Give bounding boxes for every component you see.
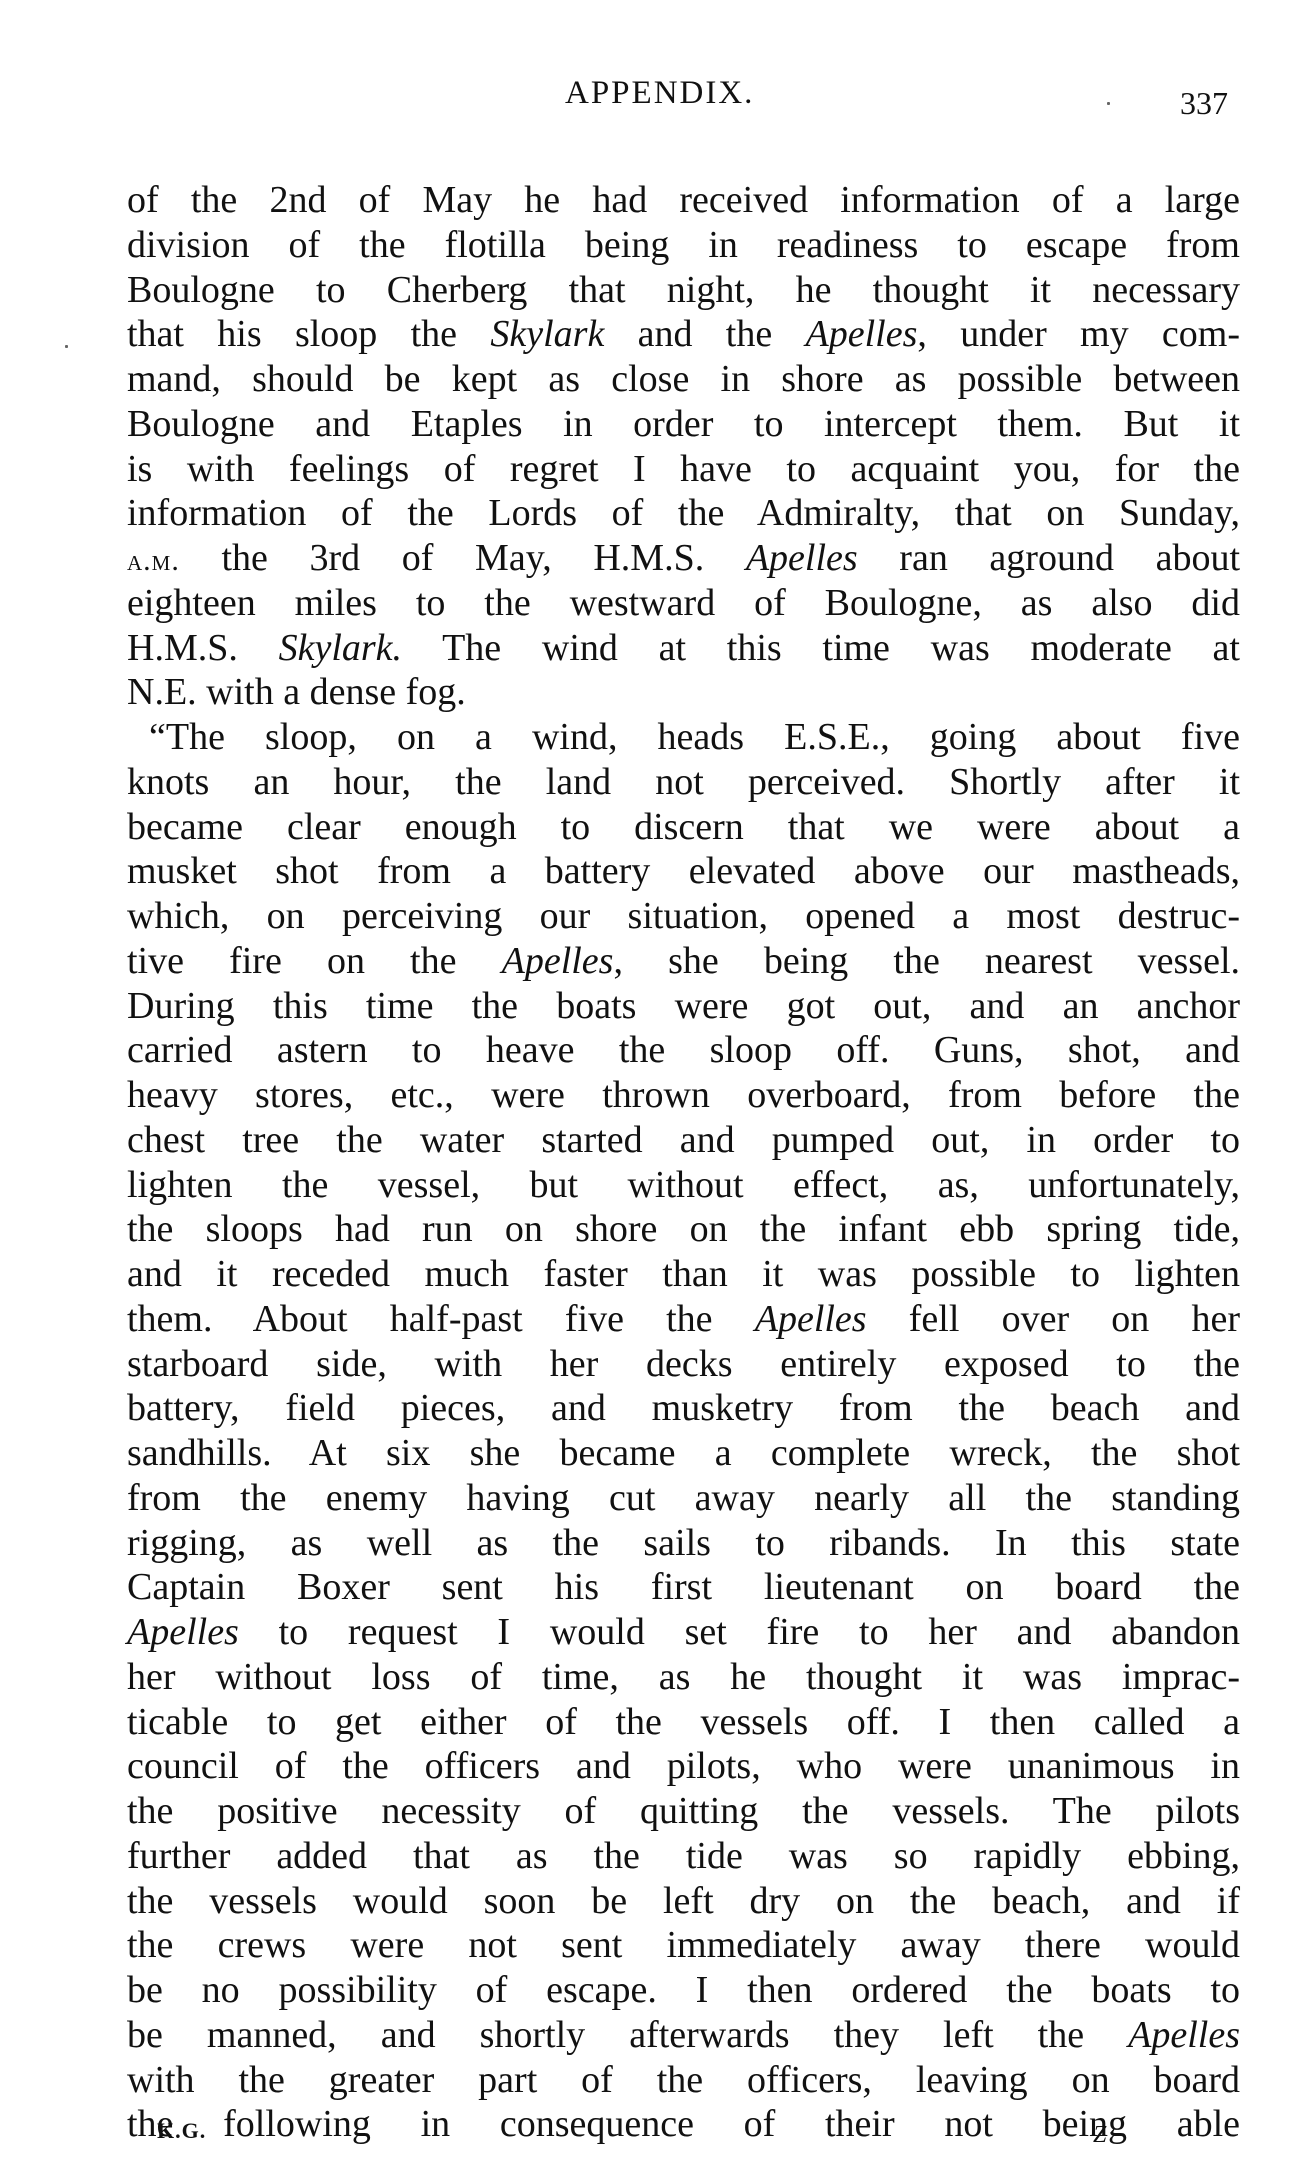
text-segment: her without loss of time, as he thought …	[127, 1656, 1240, 1698]
text-segment: N.E. with a dense fog.	[127, 671, 466, 713]
text-segment: , under my com-	[917, 313, 1240, 355]
small-caps-text: a.m.	[127, 544, 180, 577]
running-head: APPENDIX. 337	[0, 68, 1302, 118]
text-line: N.E. with a dense fog.	[127, 670, 1240, 715]
text-line: council of the officers and pilots, who …	[127, 1744, 1240, 1789]
text-line: lighten the vessel, but without effect, …	[127, 1163, 1240, 1208]
text-line: During this time the boats were got out,…	[127, 984, 1240, 1029]
text-segment: Captain Boxer sent his first lieutenant …	[127, 1566, 1240, 1608]
text-line: with the greater part of the officers, l…	[127, 2058, 1240, 2103]
text-line: a.m. the 3rd of May, H.M.S. Apelles ran …	[127, 536, 1240, 581]
text-segment: During this time the boats were got out,…	[127, 985, 1240, 1027]
text-segment: musket shot from a battery elevated abov…	[127, 850, 1240, 892]
italic-ship-name: Apelles	[806, 313, 918, 355]
text-segment: , she being the nearest vessel.	[613, 940, 1240, 982]
text-segment: lighten the vessel, but without effect, …	[127, 1164, 1240, 1206]
text-line: became clear enough to discern that we w…	[127, 805, 1240, 850]
text-segment: is with feelings of regret I have to acq…	[127, 448, 1240, 490]
text-line: the vessels would soon be left dry on th…	[127, 1879, 1240, 1924]
text-segment: the sloops had run on shore on the infan…	[127, 1208, 1240, 1250]
text-segment: eighteen miles to the westward of Boulog…	[127, 582, 1240, 624]
text-segment: to request I would set fire to her and a…	[239, 1611, 1240, 1653]
text-line: be manned, and shortly afterwards they l…	[127, 2013, 1240, 2058]
text-segment: heavy stores, etc., were thrown overboar…	[127, 1074, 1240, 1116]
text-line: rigging, as well as the sails to ribands…	[127, 1521, 1240, 1566]
stray-print-mark	[1107, 102, 1110, 105]
page-number: 337	[1180, 78, 1228, 128]
body-text: of the 2nd of May he had received inform…	[127, 178, 1240, 2147]
stray-print-mark	[65, 345, 68, 348]
italic-ship-name: Apelles	[502, 940, 614, 982]
italic-ship-name: Skylark	[490, 313, 604, 355]
text-line: mand, should be kept as close in shore a…	[127, 357, 1240, 402]
text-segment: the 3rd of May, H.M.S.	[180, 537, 746, 579]
text-segment: division of the flotilla being in readin…	[127, 224, 1240, 266]
text-line: Captain Boxer sent his first lieutenant …	[127, 1565, 1240, 1610]
italic-ship-name: Skylark.	[279, 627, 402, 669]
text-line: from the enemy having cut away nearly al…	[127, 1476, 1240, 1521]
text-line: H.M.S. Skylark. The wind at this time wa…	[127, 626, 1240, 671]
text-line: chest tree the water started and pumped …	[127, 1118, 1240, 1163]
signature-mark: K.G.	[157, 2118, 206, 2144]
text-line: information of the Lords of the Admiralt…	[127, 491, 1240, 536]
text-line: the sloops had run on shore on the infan…	[127, 1207, 1240, 1252]
text-line: the positive necessity of quitting the v…	[127, 1789, 1240, 1834]
text-line: musket shot from a battery elevated abov…	[127, 849, 1240, 894]
text-line: Apelles to request I would set fire to h…	[127, 1610, 1240, 1655]
text-segment: fell over on her	[867, 1298, 1240, 1340]
text-line: is with feelings of regret I have to acq…	[127, 447, 1240, 492]
text-segment: “The sloop, on a wind, heads E.S.E., goi…	[149, 716, 1240, 758]
text-line: them. About half-past five the Apelles f…	[127, 1297, 1240, 1342]
text-line: knots an hour, the land not perceived. S…	[127, 760, 1240, 805]
text-segment: the crews were not sent immediately away…	[127, 1924, 1240, 1966]
text-segment: starboard side, with her decks entirely …	[127, 1343, 1240, 1385]
text-line: division of the flotilla being in readin…	[127, 223, 1240, 268]
text-segment: them. About half-past five the	[127, 1298, 755, 1340]
text-segment: tive fire on the	[127, 940, 502, 982]
text-segment: The wind at this time was moderate at	[402, 627, 1240, 669]
text-segment: with the greater part of the officers, l…	[127, 2059, 1240, 2101]
text-segment: be manned, and shortly afterwards they l…	[127, 2014, 1128, 2056]
text-segment: H.M.S.	[127, 627, 279, 669]
italic-ship-name: Apelles	[1128, 2014, 1240, 2056]
italic-ship-name: Apelles	[746, 537, 858, 579]
text-segment: further added that as the tide was so ra…	[127, 1835, 1240, 1877]
text-line: Boulogne to Cherberg that night, he thou…	[127, 268, 1240, 313]
text-segment: chest tree the water started and pumped …	[127, 1119, 1240, 1161]
text-line: starboard side, with her decks entirely …	[127, 1342, 1240, 1387]
text-segment: ticable to get either of the vessels off…	[127, 1701, 1240, 1743]
text-line: Boulogne and Etaples in order to interce…	[127, 402, 1240, 447]
text-line: of the 2nd of May he had received inform…	[127, 178, 1240, 223]
text-segment: and the	[604, 313, 805, 355]
text-segment: ran aground about	[858, 537, 1240, 579]
text-segment: mand, should be kept as close in shore a…	[127, 358, 1240, 400]
text-line: battery, field pieces, and musketry from…	[127, 1386, 1240, 1431]
text-line: the crews were not sent immediately away…	[127, 1923, 1240, 1968]
text-segment: Boulogne and Etaples in order to interce…	[127, 403, 1240, 445]
text-line: that his sloop the Skylark and the Apell…	[127, 312, 1240, 357]
italic-ship-name: Apelles	[127, 1611, 239, 1653]
text-segment: the positive necessity of quitting the v…	[127, 1790, 1240, 1832]
text-segment: carried astern to heave the sloop off. G…	[127, 1029, 1240, 1071]
text-line: eighteen miles to the westward of Boulog…	[127, 581, 1240, 626]
text-segment: which, on perceiving our situation, open…	[127, 895, 1240, 937]
text-line: heavy stores, etc., were thrown overboar…	[127, 1073, 1240, 1118]
text-segment: Boulogne to Cherberg that night, he thou…	[127, 269, 1240, 311]
text-segment: became clear enough to discern that we w…	[127, 806, 1240, 848]
text-line: “The sloop, on a wind, heads E.S.E., goi…	[127, 715, 1240, 760]
text-segment: be no possibility of escape. I then orde…	[127, 1969, 1240, 2011]
text-segment: council of the officers and pilots, who …	[127, 1745, 1240, 1787]
text-line: tive fire on the Apelles, she being the …	[127, 939, 1240, 984]
italic-ship-name: Apelles	[755, 1298, 867, 1340]
page-footer: K.G. Z	[0, 2118, 1302, 2158]
text-segment: battery, field pieces, and musketry from…	[127, 1387, 1240, 1429]
text-segment: sandhills. At six she became a complete …	[127, 1432, 1240, 1474]
text-line: sandhills. At six she became a complete …	[127, 1431, 1240, 1476]
text-line: further added that as the tide was so ra…	[127, 1834, 1240, 1879]
text-segment: that his sloop the	[127, 313, 490, 355]
text-segment: of the 2nd of May he had received inform…	[127, 179, 1240, 221]
text-line: and it receded much faster than it was p…	[127, 1252, 1240, 1297]
text-segment: information of the Lords of the Admiralt…	[127, 492, 1240, 534]
text-line: carried astern to heave the sloop off. G…	[127, 1028, 1240, 1073]
text-line: which, on perceiving our situation, open…	[127, 894, 1240, 939]
book-page: APPENDIX. 337 of the 2nd of May he had r…	[0, 0, 1302, 2160]
running-title: APPENDIX.	[565, 68, 754, 118]
text-line: her without loss of time, as he thought …	[127, 1655, 1240, 1700]
text-segment: and it receded much faster than it was p…	[127, 1253, 1240, 1295]
text-line: ticable to get either of the vessels off…	[127, 1700, 1240, 1745]
text-line: be no possibility of escape. I then orde…	[127, 1968, 1240, 2013]
text-segment: the vessels would soon be left dry on th…	[127, 1880, 1240, 1922]
text-segment: from the enemy having cut away nearly al…	[127, 1477, 1240, 1519]
text-segment: rigging, as well as the sails to ribands…	[127, 1522, 1240, 1564]
signature-letter: Z	[1093, 2122, 1106, 2149]
text-segment: knots an hour, the land not perceived. S…	[127, 761, 1240, 803]
